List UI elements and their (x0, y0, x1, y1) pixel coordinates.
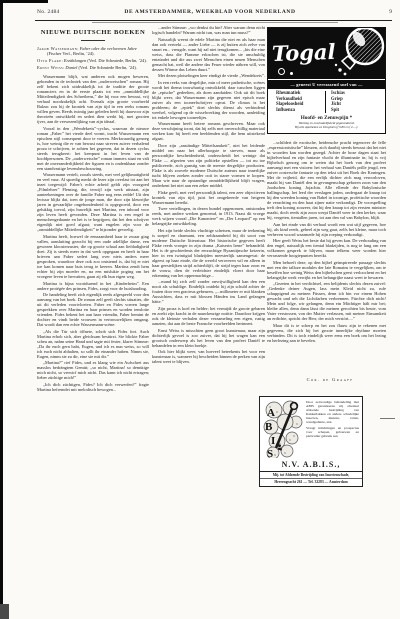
book-publisher: (Verl. Die Schmiede Berlin, ’24). (77, 65, 137, 70)
article-paragraph: Natuurlijk weent de edele Martina die ni… (152, 37, 265, 72)
svg-text:B: B (265, 421, 273, 433)
article-paragraph: Wassermann vertelt, zooals steeds, met v… (37, 172, 149, 232)
ailment-item: Influenza (276, 108, 325, 114)
togal-emphasis-line: Hoofd- en Zenuwpijn * (268, 115, 385, 121)
article-paragraph: Hier geeft Weiss het beste dat hij geven… (267, 238, 386, 258)
togal-ailment-lists: Rheumatiek Verkoudheid Slapeloosheid Inf… (268, 89, 385, 114)
article-paragraph: „Ich dich züchtigen, Fides? Ich dich ver… (37, 382, 149, 392)
article-paragraph: Martina is bijna voortdurend in het „Kin… (37, 281, 149, 291)
article-paragraph: Martina heeft, hoewel de eenzaamheid haa… (37, 234, 149, 279)
article-paragraph: Men behoeft deze, op den bijbel geïnspir… (267, 260, 386, 280)
article-title: NIEUWE DUITSCHE BOEKEN (37, 30, 149, 35)
abis-company-address: Heerengracht 261 — Tel. 32283 — Amsterda… (260, 478, 362, 486)
masthead-title: DE AMSTERDAMMER, WEEKBLAD VOOR NEDERLAND (20, 9, 400, 15)
scan-edge-strip (0, 0, 3, 619)
author-signature: Cor. de Graaff (280, 377, 380, 382)
article-paragraph: In een reeks van dergelijke, min of meer… (152, 80, 265, 120)
abis-paragraph: Door eenvoudige behandeling met ABIS gar… (306, 400, 359, 425)
abis-boulders-illustration: A B I S (263, 400, 303, 458)
article-column-1: NIEUWE DUITSCHE BOEKEN Jakob Wassermann:… (37, 27, 149, 508)
togal-fine-print: Bij alle Apotheken en Drogisten (f 0.80 … (268, 126, 385, 130)
abis-body-text: Door eenvoudige behandeling met ABIS gar… (303, 400, 359, 458)
article-paragraph: Door zijn „anständige Mitteilsamkeit”, n… (152, 143, 265, 188)
book-publisher: (Fischer Verl., Berlin, ’24). (47, 51, 95, 56)
abis-paragraph: Vraagt inlichtingen en prospectus voor s… (306, 426, 359, 438)
book-title: Erzählungen (64, 58, 86, 63)
scan-edge-top-mark (0, 0, 48, 3)
svg-text:A: A (267, 407, 275, 419)
article-paragraph: Met dezen plotselingen keer eindigt de v… (152, 73, 265, 78)
article-paragraph: Vooral in den „Wendekreis”-cyclus, waarv… (37, 126, 149, 171)
ailment-item: Spit (331, 108, 380, 114)
togal-tablet-icon (290, 72, 293, 75)
article-paragraph: Ernst Weiss is misschien geen groot kuns… (152, 328, 265, 348)
header-rule-secondary (92, 22, 338, 23)
article-paragraph: Aan het einde van dit verhaal wordt een … (267, 222, 386, 237)
togal-brand-wordmark: Togal (272, 39, 336, 66)
togal-ailment-list-left: Rheumatiek Verkoudheid Slapeloosheid Inf… (276, 91, 326, 113)
book-publisher: (Verl. Die Schmiede, Berlin, ’24). (86, 58, 147, 63)
article-paragraph: Zijn proza is koel en helder; het vermij… (152, 306, 265, 326)
book-entry: Ernst Weiss: Daniel (Verl. Die Schmiede … (37, 65, 149, 70)
article-paragraph: „Martina?” rief Fides, und es klang wie … (37, 360, 149, 380)
page-number: 9 (389, 9, 392, 15)
article-paragraph: Twee vertellingen, in dezen bundel opgen… (152, 206, 265, 226)
togal-logo-panel: Togal (268, 28, 385, 79)
article-column-3: ...schildert de exotische, heidensche pr… (267, 140, 386, 373)
title-divider (81, 40, 105, 41)
book-title: Daniel (65, 65, 77, 70)
header-rule (35, 20, 392, 22)
book-entry: Otto Flake: Erzählungen (Verl. Die Schmi… (37, 58, 149, 63)
svg-text:I: I (271, 435, 275, 447)
article-paragraph: „Gezeten in het verdichtsel, een belijde… (267, 281, 386, 321)
article-paragraph: Wassermann blijft, wat anderen ook mogen… (37, 74, 149, 124)
article-paragraph: Het zijn beide slechts vluchtige schetse… (152, 228, 265, 278)
article-paragraph: ...mand bij zich zelf zonder onvrijwilli… (152, 279, 265, 304)
article-paragraph: De handeling heeft zich eigenlijk reeds … (37, 292, 149, 327)
article-column-2: ...ander Stimme: „wo denkst du hin? Aber… (152, 25, 265, 489)
togal-advertisement: Togal — geneest U verrassend snel van — (267, 27, 386, 134)
scan-edge-bottom-mark (0, 604, 9, 619)
article-paragraph: „Als die Tür sich öffnete, schob sich Fi… (37, 329, 149, 359)
article-paragraph: ...ander Stimme: „wo denkst du hin? Aber… (152, 25, 265, 35)
togal-bottle-icon (332, 28, 385, 79)
abis-advertisement: A B I S Door eenvoudige behandeling met … (259, 396, 363, 487)
reviewed-book-list: Jakob Wassermann: Faber oder die verlore… (37, 46, 149, 70)
abis-company-name: N.V. A.B.I.S., (263, 460, 359, 469)
article-paragraph: Wassermann heeft betere romans geschreve… (152, 121, 265, 141)
article-paragraph: Maar dit is te scherp en het zou flauw z… (267, 323, 386, 343)
book-author: Otto Flake (37, 58, 62, 63)
article-paragraph: Ook hier blijkt weer, van hoeveel beteek… (152, 349, 265, 364)
svg-text:S: S (267, 448, 273, 458)
article-paragraph: Flake geeft, met veel persoonlijk talent… (152, 190, 265, 205)
article-paragraph: ...schildert de exotische, heidensche pr… (267, 140, 386, 220)
book-author: Ernst Weiss (37, 65, 63, 70)
togal-ailment-list-right: Ischias Griep Jicht Spit (326, 91, 380, 113)
newspaper-page: No. 2484 DE AMSTERDAMMER, WEEKBLAD VOOR … (0, 0, 400, 619)
book-entry: Jakob Wassermann: Faber oder die verlore… (37, 46, 149, 56)
togal-tagline: — geneest U verrassend snel van — (268, 79, 385, 89)
togal-tablet-icon (278, 68, 285, 75)
margin-dash-mark (380, 418, 395, 419)
abis-company-subtitle: Mij. tot Afdoende Bestrijding van Insect… (260, 471, 362, 477)
